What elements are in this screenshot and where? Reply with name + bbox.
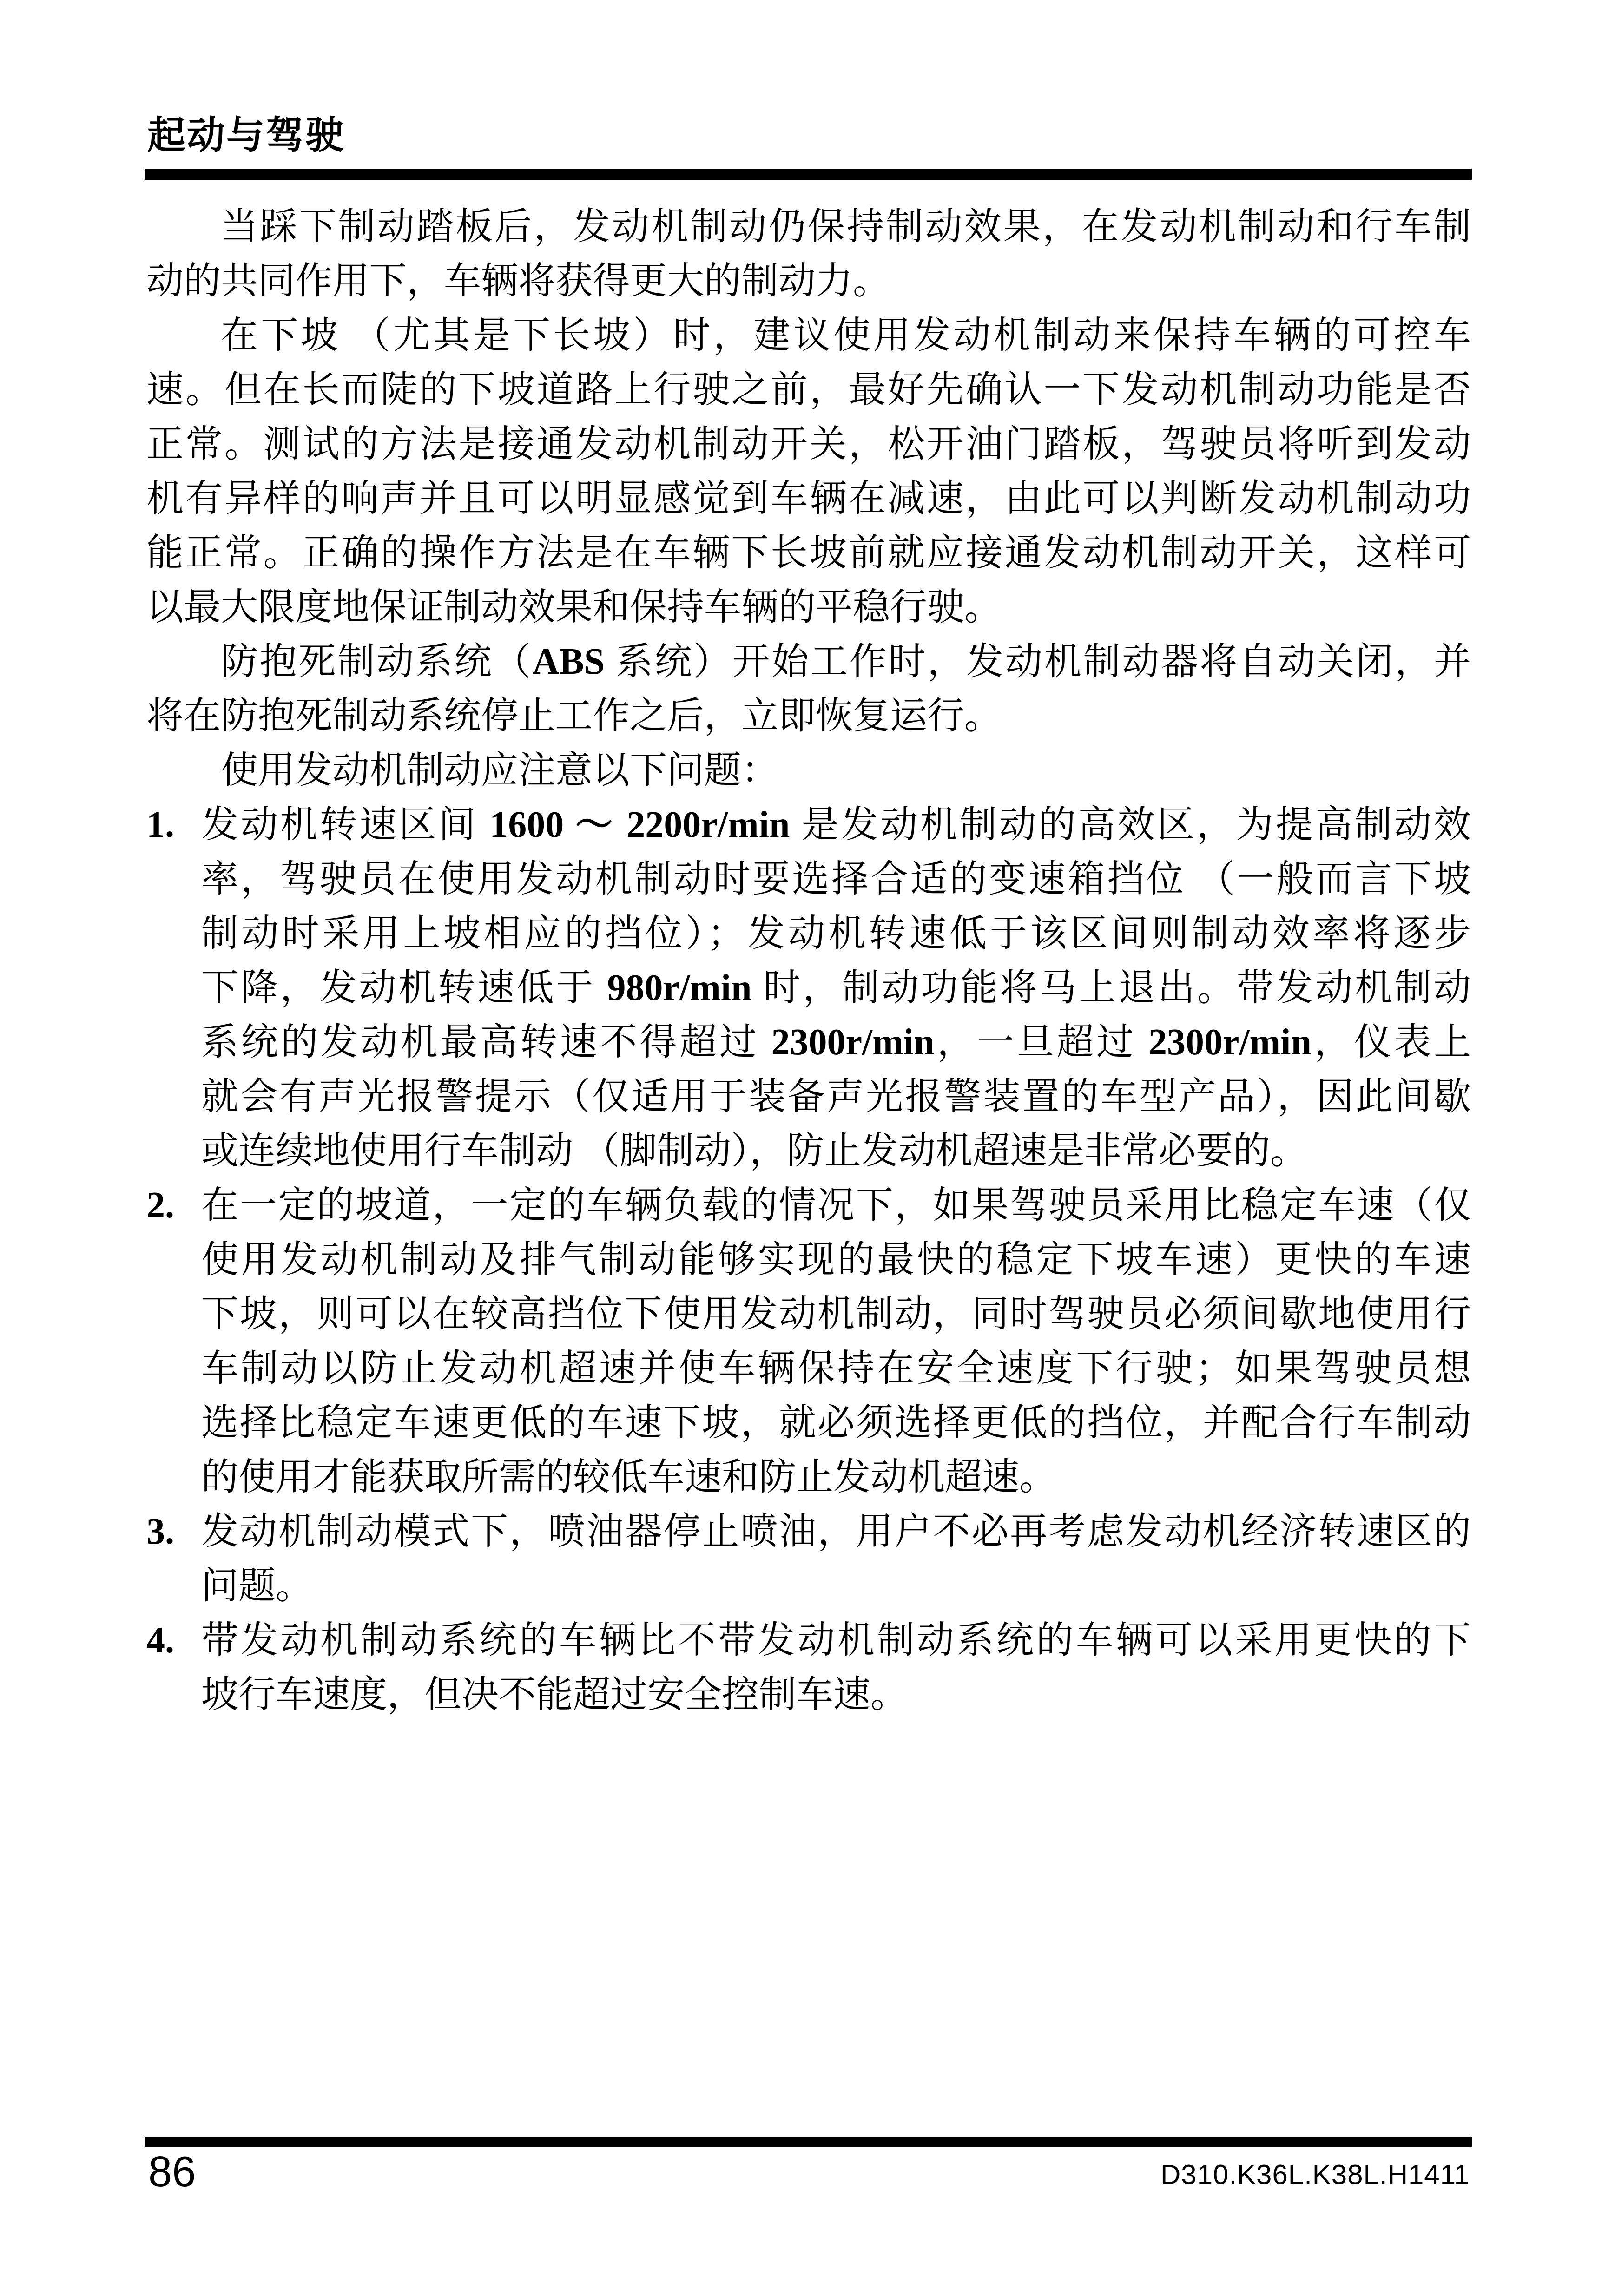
text-segment: 使用发动机制动及排气制动能够实现的最快的稳定下坡车速）更快的车速: [201, 1239, 1471, 1280]
text-segment: 动的共同作用下，车辆将获得更大的制动力。: [146, 261, 890, 302]
paragraph: 使用发动机制动应注意以下问题：: [146, 743, 1471, 798]
doc-code: D310.K36L.K38L.H1411: [1160, 2158, 1470, 2191]
text-line: 就会有声光报警提示（仅适用于装备声光报警装置的车型产品），因此间歇: [201, 1070, 1471, 1124]
text-segment: 在一定的坡道，一定的车辆负载的情况下，如果驾驶员采用比稳定车速（仅: [201, 1185, 1471, 1226]
text-line: 选择比稳定车速更低的车速下坡，就必须选择更低的挡位，并配合行车制动: [201, 1396, 1471, 1450]
text-segment: 下降，发动机转速低于: [201, 967, 607, 1008]
page-header-title: 起动与驾驶: [147, 105, 345, 159]
text-segment: 以最大限度地保证制动效果和保持车辆的平稳行驶。: [146, 587, 1002, 628]
text-line: 在下坡 （尤其是下长坡）时，建议使用发动机制动来保持车辆的可控车: [146, 309, 1471, 363]
text-line: 坡行车速度，但决不能超过安全控制车速。: [201, 1668, 1471, 1722]
text-segment: ，一旦超过: [935, 1022, 1148, 1063]
text-segment: 下坡，则可以在较高挡位下使用发动机制动，同时驾驶员必须间歇地使用行: [201, 1294, 1471, 1335]
text-line: 发动机制动模式下，喷油器停止喷油，用户不必再考虑发动机经济转速区的: [201, 1505, 1471, 1559]
text-line: 使用发动机制动及排气制动能够实现的最快的稳定下坡车速）更快的车速: [201, 1233, 1471, 1287]
header-rule: [145, 169, 1472, 180]
text-segment: 系统的发动机最高转速不得超过: [201, 1022, 771, 1063]
text-line: 发动机转速区间 1600 ～ 2200r/min 是发动机制动的高效区，为提高制…: [201, 798, 1471, 852]
list-item-number: 1.: [146, 798, 201, 852]
body-text: 当踩下制动踏板后，发动机制动仍保持制动效果，在发动机制动和行车制动的共同作用下，…: [146, 200, 1471, 1722]
bold-text-segment: 2300r/min: [1148, 1022, 1312, 1063]
text-line: 防抱死制动系统（ABS 系统）开始工作时，发动机制动器将自动关闭，并: [146, 635, 1471, 689]
manual-page: { "page": { "header": { "title": "起动与驾驶"…: [0, 0, 1615, 2296]
page-number: 86: [148, 2148, 196, 2197]
paragraph: 在下坡 （尤其是下长坡）时，建议使用发动机制动来保持车辆的可控车速。但在长而陡的…: [146, 309, 1471, 635]
text-line: 速。但在长而陡的下坡道路上行驶之前，最好先确认一下发动机制动功能是否: [146, 363, 1471, 417]
text-line: 或连续地使用行车制动 （脚制动），防止发动机超速是非常必要的。: [201, 1124, 1471, 1178]
bold-text-segment: ABS: [533, 641, 605, 682]
text-line: 将在防抱死制动系统停止工作之后，立即恢复运行。: [146, 689, 1471, 743]
text-segment: 能正常。正确的操作方法是在车辆下长坡前就应接通发动机制动开关，这样可: [146, 533, 1471, 573]
text-segment: ，仪表上: [1312, 1022, 1471, 1063]
text-segment: 车制动以防止发动机超速并使车辆保持在安全速度下行驶；如果驾驶员想: [201, 1348, 1471, 1389]
list-item-body: 在一定的坡道，一定的车辆负载的情况下，如果驾驶员采用比稳定车速（仅使用发动机制动…: [201, 1178, 1471, 1505]
text-line: 下坡，则可以在较高挡位下使用发动机制动，同时驾驶员必须间歇地使用行: [201, 1287, 1471, 1342]
text-line: 下降，发动机转速低于 980r/min 时，制动功能将马上退出。带发动机制动: [201, 961, 1471, 1015]
text-segment: 发动机转速区间: [201, 804, 489, 845]
text-line: 正常。测试的方法是接通发动机制动开关，松开油门踏板，驾驶员将听到发动: [146, 417, 1471, 472]
list-item-body: 带发动机制动系统的车辆比不带发动机制动系统的车辆可以采用更快的下坡行车速度，但决…: [201, 1613, 1471, 1722]
text-segment: 正常。测试的方法是接通发动机制动开关，松开油门踏板，驾驶员将听到发动: [146, 424, 1471, 465]
footer-rule: [145, 2137, 1472, 2147]
text-line: 带发动机制动系统的车辆比不带发动机制动系统的车辆可以采用更快的下: [201, 1613, 1471, 1668]
list-item: 4.带发动机制动系统的车辆比不带发动机制动系统的车辆可以采用更快的下坡行车速度，…: [146, 1613, 1471, 1722]
text-segment: 制动时采用上坡相应的挡位）；发动机转速低于该区间则制动效率将逐步: [201, 913, 1471, 954]
list-item-body: 发动机转速区间 1600 ～ 2200r/min 是发动机制动的高效区，为提高制…: [201, 798, 1471, 1178]
text-line: 动的共同作用下，车辆将获得更大的制动力。: [146, 254, 1471, 309]
text-segment: 防抱死制动系统（: [221, 641, 533, 682]
list-item: 2.在一定的坡道，一定的车辆负载的情况下，如果驾驶员采用比稳定车速（仅使用发动机…: [146, 1178, 1471, 1505]
text-line: 系统的发动机最高转速不得超过 2300r/min，一旦超过 2300r/min，…: [201, 1015, 1471, 1070]
list-item-number: 3.: [146, 1505, 201, 1559]
bold-text-segment: 2300r/min: [771, 1022, 934, 1063]
text-segment: 的使用才能获取所需的较低车速和防止发动机超速。: [201, 1457, 1056, 1498]
text-segment: 坡行车速度，但决不能超过安全控制车速。: [201, 1674, 908, 1715]
text-segment: 带发动机制动系统的车辆比不带发动机制动系统的车辆可以采用更快的下: [201, 1620, 1471, 1661]
text-line: 当踩下制动踏板后，发动机制动仍保持制动效果，在发动机制动和行车制: [146, 200, 1471, 254]
text-line: 能正常。正确的操作方法是在车辆下长坡前就应接通发动机制动开关，这样可: [146, 526, 1471, 580]
text-segment: 选择比稳定车速更低的车速下坡，就必须选择更低的挡位，并配合行车制动: [201, 1402, 1471, 1443]
list-item-number: 2.: [146, 1178, 201, 1233]
text-segment: 使用发动机制动应注意以下问题：: [221, 750, 778, 791]
text-line: 以最大限度地保证制动效果和保持车辆的平稳行驶。: [146, 580, 1471, 635]
list-item-number: 4.: [146, 1613, 201, 1668]
text-segment: 问题。: [201, 1566, 313, 1606]
text-line: 的使用才能获取所需的较低车速和防止发动机超速。: [201, 1450, 1471, 1505]
text-segment: 将在防抱死制动系统停止工作之后，立即恢复运行。: [146, 696, 1002, 737]
bold-text-segment: 980r/min: [607, 967, 751, 1008]
text-line: 率，驾驶员在使用发动机制动时要选择合适的变速箱挡位 （一般而言下坡: [201, 852, 1471, 907]
bold-text-segment: 1600 ～ 2200r/min: [489, 804, 790, 845]
text-segment: 是发动机制动的高效区，为提高制动效: [790, 804, 1471, 845]
text-segment: 发动机制动模式下，喷油器停止喷油，用户不必再考虑发动机经济转速区的: [201, 1511, 1471, 1552]
text-segment: 率，驾驶员在使用发动机制动时要选择合适的变速箱挡位 （一般而言下坡: [201, 859, 1471, 900]
text-line: 车制动以防止发动机超速并使车辆保持在安全速度下行驶；如果驾驶员想: [201, 1342, 1471, 1396]
text-line: 问题。: [201, 1559, 1471, 1613]
text-segment: 在下坡 （尤其是下长坡）时，建议使用发动机制动来保持车辆的可控车: [221, 315, 1471, 356]
list-item: 1.发动机转速区间 1600 ～ 2200r/min 是发动机制动的高效区，为提…: [146, 798, 1471, 1178]
text-segment: 速。但在长而陡的下坡道路上行驶之前，最好先确认一下发动机制动功能是否: [146, 369, 1471, 410]
text-segment: 系统）开始工作时，发动机制动器将自动关闭，并: [605, 641, 1471, 682]
list-item: 3.发动机制动模式下，喷油器停止喷油，用户不必再考虑发动机经济转速区的问题。: [146, 1505, 1471, 1613]
paragraph: 当踩下制动踏板后，发动机制动仍保持制动效果，在发动机制动和行车制动的共同作用下，…: [146, 200, 1471, 309]
text-line: 使用发动机制动应注意以下问题：: [146, 743, 1471, 798]
text-segment: 当踩下制动踏板后，发动机制动仍保持制动效果，在发动机制动和行车制: [221, 206, 1471, 247]
text-segment: 机有异样的响声并且可以明显感觉到车辆在减速，由此可以判断发动机制动功: [146, 478, 1471, 519]
paragraph: 防抱死制动系统（ABS 系统）开始工作时，发动机制动器将自动关闭，并将在防抱死制…: [146, 635, 1471, 743]
text-segment: 时，制动功能将马上退出。带发动机制动: [752, 967, 1471, 1008]
text-line: 在一定的坡道，一定的车辆负载的情况下，如果驾驶员采用比稳定车速（仅: [201, 1178, 1471, 1233]
text-segment: 或连续地使用行车制动 （脚制动），防止发动机超速是非常必要的。: [201, 1131, 1307, 1171]
list-item-body: 发动机制动模式下，喷油器停止喷油，用户不必再考虑发动机经济转速区的问题。: [201, 1505, 1471, 1613]
text-line: 机有异样的响声并且可以明显感觉到车辆在减速，由此可以判断发动机制动功: [146, 472, 1471, 526]
text-segment: 就会有声光报警提示（仅适用于装备声光报警装置的车型产品），因此间歇: [201, 1076, 1471, 1117]
text-line: 制动时采用上坡相应的挡位）；发动机转速低于该区间则制动效率将逐步: [201, 907, 1471, 961]
